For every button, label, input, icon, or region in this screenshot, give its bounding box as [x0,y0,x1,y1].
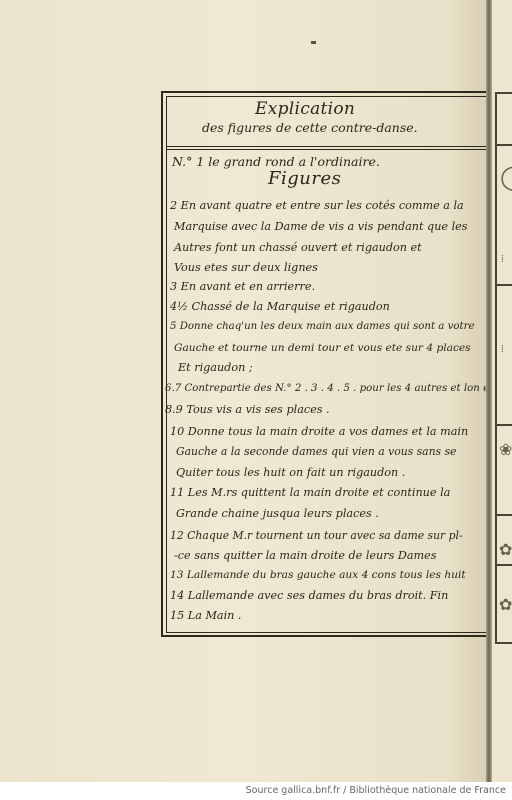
dance-figure-icon: ⁞ [501,255,504,265]
text-line: Et rigaudon ; [178,361,253,374]
adjacent-cell-divider [497,564,512,566]
text-line: Gauche a la seconde dames qui vien a vou… [176,445,456,458]
text-line: Quiter tous les huit on fait un rigaudon… [176,466,405,479]
header-separator [166,146,496,150]
adjacent-cell-divider [497,284,512,286]
figure-1-line: N.° 1 le grand rond a l'ordinaire. [172,154,380,169]
text-line: Grande chaine jusqua leurs places . [176,507,379,520]
text-line: Vous etes sur deux lignes [174,261,318,274]
text-line: 11 Les M.rs quittent la main droite et c… [170,486,450,499]
text-line: 4½ Chassé de la Marquise et rigaudon [170,300,390,313]
text-line: Marquise avec la Dame de vis a vis penda… [174,220,468,233]
dance-figure-icon: ⁞ [501,345,504,355]
text-line: 13 Lallemande du bras gauche aux 4 cons … [170,569,466,581]
dance-diagram-icon: ◯ [500,165,512,189]
ink-mark [311,41,316,44]
text-line: 8.9 Tous vis a vis ses places . [165,403,330,416]
text-line: -ce sans quitter la main droite de leurs… [174,549,437,562]
adjacent-page: ◯ ⁞ ⁞ ❀ ✿ ✿ [492,0,512,782]
text-line: Autres font un chassé ouvert et rigaudon… [174,241,422,254]
text-line: 12 Chaque M.r tournent un tour avec sa d… [170,529,463,542]
dance-diagram-icon: ✿ [499,600,512,610]
text-line: 10 Donne tous la main droite a vos dames… [170,425,468,438]
adjacent-cell-divider [497,514,512,516]
source-footer: Source gallica.bnf.fr / Bibliothèque nat… [0,782,512,800]
adjacent-cell-divider [497,424,512,426]
text-line: 14 Lallemande avec ses dames du bras dro… [170,589,448,602]
dance-diagram-icon: ❀ [499,445,512,455]
text-line: 15 La Main . [170,609,241,622]
page-title: Explication [255,99,355,119]
text-line: 6.7 Contrepartie des N.° 2 . 3 . 4 . 5 .… [165,383,498,394]
dance-diagram-icon: ✿ [499,545,512,555]
section-title: Figures [268,168,341,189]
text-line: 3 En avant et en arrierre. [170,280,315,293]
text-line: Gauche et tourne un demi tour et vous et… [174,342,471,354]
page-subtitle: des figures de cette contre-danse. [202,120,418,135]
adjacent-cell-divider [497,144,512,146]
text-line: 2 En avant quatre et entre sur les cotés… [170,199,464,212]
text-line: 5 Donne chaq'un les deux main aux dames … [170,321,474,332]
